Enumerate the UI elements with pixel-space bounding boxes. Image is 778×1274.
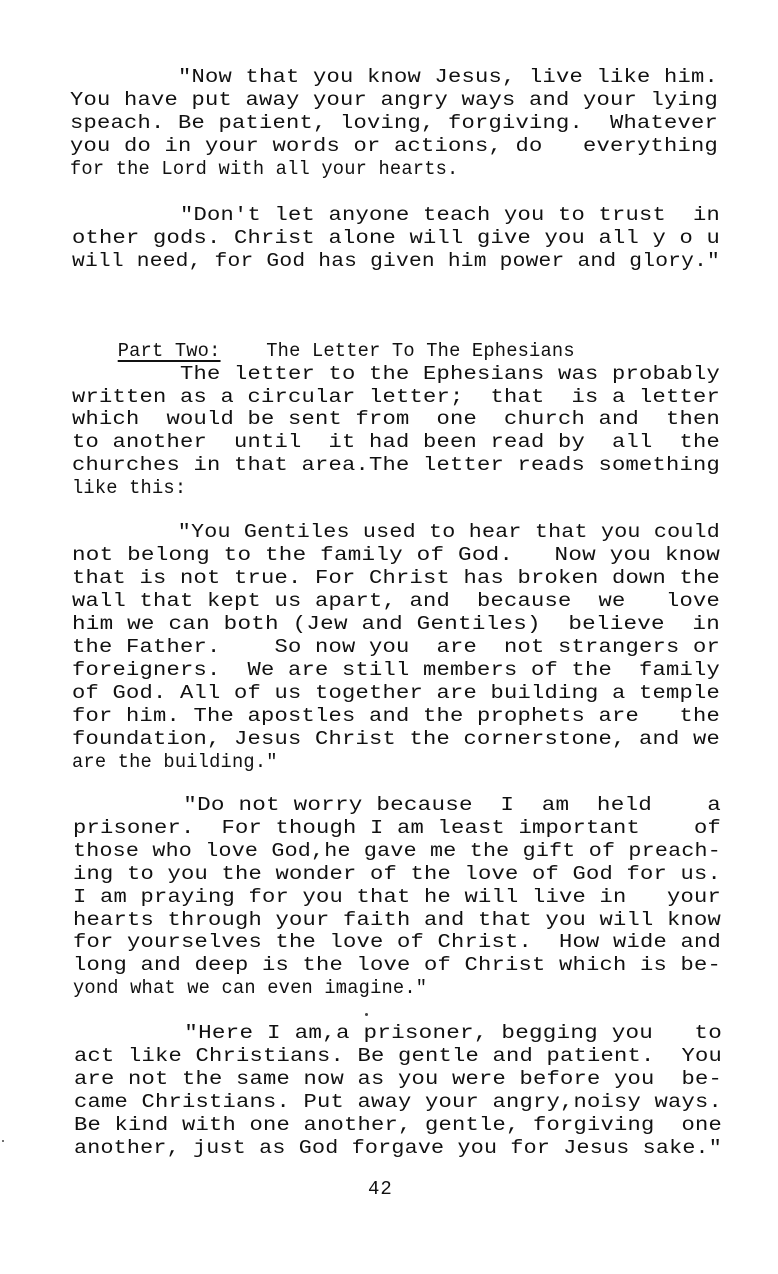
text-line: yond what we can even imagine." bbox=[73, 977, 427, 999]
section-heading-title: The Letter To The Ephesians bbox=[266, 340, 575, 362]
text-line: "Do not worry because I am held a bbox=[73, 794, 721, 816]
text-line: came Christians. Put away your angry,noi… bbox=[74, 1091, 722, 1113]
text-line: Be kind with one another, gentle, forgiv… bbox=[74, 1114, 722, 1136]
text-line: "Don't let anyone teach you to trust in bbox=[72, 204, 720, 226]
text-line: I am praying for you that he will live i… bbox=[73, 886, 721, 908]
section-heading-spacer bbox=[221, 340, 267, 362]
text-line: are the building." bbox=[72, 751, 278, 773]
text-line: foundation, Jesus Christ the cornerstone… bbox=[72, 728, 720, 750]
text-line: those who love God,he gave me the gift o… bbox=[73, 840, 721, 862]
text-line: for yourselves the love of Christ. How w… bbox=[73, 931, 721, 953]
text-line: other gods. Christ alone will give you a… bbox=[72, 227, 720, 249]
text-line: You have put away your angry ways and yo… bbox=[70, 89, 718, 111]
text-line: will need, for God has given him power a… bbox=[72, 250, 720, 272]
text-line: the Father. So now you are not strangers… bbox=[72, 636, 720, 658]
document-page: "Now that you know Jesus, live like him.… bbox=[0, 0, 778, 1274]
text-line: foreigners. We are still members of the … bbox=[72, 659, 720, 681]
text-line: to another until it had been read by all… bbox=[72, 431, 720, 453]
text-line: like this: bbox=[72, 477, 186, 499]
text-line: not belong to the family of God. Now you… bbox=[72, 544, 720, 566]
text-line: which would be sent from one church and … bbox=[72, 408, 720, 430]
text-line: prisoner. For though I am least importan… bbox=[73, 817, 721, 839]
text-line: ing to you the wonder of the love of God… bbox=[73, 863, 721, 885]
text-line: him we can both (Jew and Gentiles) belie… bbox=[72, 613, 720, 635]
text-line: act like Christians. Be gentle and patie… bbox=[74, 1045, 722, 1067]
text-line: wall that kept us apart, and because we … bbox=[72, 590, 720, 612]
text-line: "Here I am,a prisoner, begging you to bbox=[74, 1022, 722, 1044]
text-line: for the Lord with all your hearts. bbox=[70, 158, 458, 180]
text-line: written as a circular letter; that is a … bbox=[72, 386, 720, 408]
text-line: The letter to the Ephesians was probably bbox=[72, 363, 720, 385]
text-line: are not the same now as you were before … bbox=[74, 1068, 722, 1090]
text-line: for him. The apostles and the prophets a… bbox=[72, 705, 720, 727]
text-line: speach. Be patient, loving, forgiving. W… bbox=[70, 112, 718, 134]
text-line: that is not true. For Christ has broken … bbox=[72, 567, 720, 589]
text-line: another, just as God forgave you for Jes… bbox=[74, 1137, 722, 1159]
text-line: long and deep is the love of Christ whic… bbox=[73, 954, 721, 976]
scan-speck bbox=[365, 1013, 368, 1016]
text-line: "Now that you know Jesus, live like him. bbox=[70, 66, 718, 88]
scan-speck bbox=[2, 1140, 4, 1142]
text-line: churches in that area.The letter reads s… bbox=[72, 454, 720, 476]
text-line: hearts through your faith and that you w… bbox=[73, 909, 721, 931]
text-line: "You Gentiles used to hear that you coul… bbox=[72, 521, 720, 543]
text-line: of God. All of us together are building … bbox=[72, 682, 720, 704]
text-line: you do in your words or actions, do ever… bbox=[70, 135, 718, 157]
section-heading-label: Part Two: bbox=[118, 340, 221, 362]
page-number: 42 bbox=[368, 1178, 393, 1200]
